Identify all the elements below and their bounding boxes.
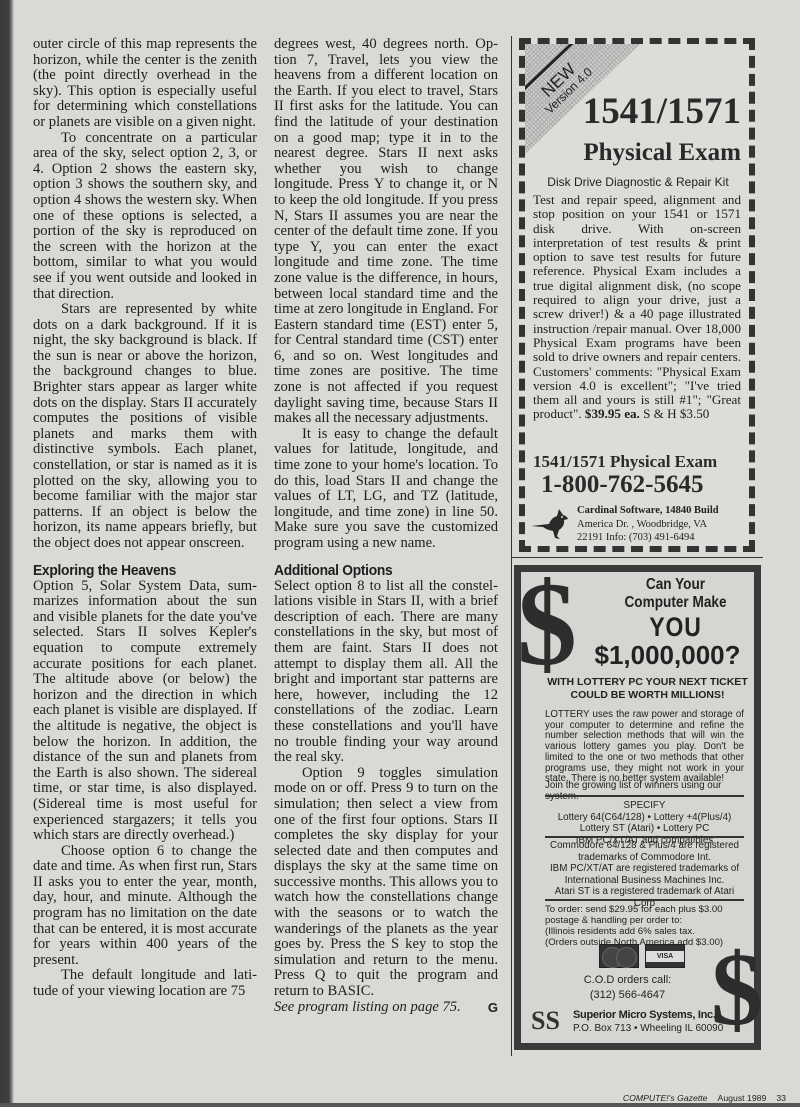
trademark-line: Commodore 64/128 & Plus/4 are registered bbox=[545, 840, 744, 852]
address-line: 22191 Info: (703) 491-6494 bbox=[577, 531, 719, 545]
cod-phone: (312) 566-4647 bbox=[561, 988, 694, 1003]
listing-reference: See program listing on page 75. bbox=[274, 1000, 461, 1016]
article-paragraph: The default longitude and lati­tude of y… bbox=[33, 968, 257, 999]
ad-body: LOTTERY uses the raw power and storage o… bbox=[545, 710, 744, 785]
specify-label: SPECIFY bbox=[545, 800, 744, 812]
section-heading-exploring: Exploring the Heavens bbox=[33, 562, 239, 579]
ad-subtitle: Physical Exam bbox=[525, 139, 741, 167]
sms-logo-icon: SS bbox=[531, 1006, 569, 1040]
article-column-1: outer circle of this map represents the … bbox=[33, 37, 257, 1000]
mastercard-logo-icon bbox=[599, 944, 639, 968]
cardinal-bird-icon bbox=[529, 504, 573, 542]
divider bbox=[545, 795, 744, 797]
company-name: Superior Micro Systems, Inc. bbox=[573, 1009, 723, 1022]
issue-date: August 1989 bbox=[718, 1093, 767, 1103]
article-paragraph: Select option 8 to list all the constel­… bbox=[274, 579, 498, 766]
trademark-line: IBM PC/XT/AT are registered trademarks o… bbox=[545, 863, 744, 875]
ad-price: $39.95 ea. bbox=[585, 406, 640, 421]
article-paragraph: Option 9 toggles simulation mode on or o… bbox=[274, 766, 498, 1000]
ad-headline: Can Your bbox=[612, 576, 739, 594]
article-paragraph: Choose option 6 to change the date and t… bbox=[33, 844, 257, 969]
ad-address: Cardinal Software, 14840 Build America D… bbox=[577, 504, 719, 545]
company-name: Cardinal Software, 14840 Build bbox=[577, 504, 719, 518]
cod-info: C.O.D orders call: (312) 566-4647 bbox=[561, 973, 694, 1003]
ad-headline: YOU bbox=[612, 612, 739, 643]
ad-title: 1541/1571 bbox=[525, 92, 741, 132]
tagline-line: WITH LOTTERY PC YOUR NEXT TICKET bbox=[541, 676, 754, 689]
ad-shipping: S & H $3.50 bbox=[643, 406, 709, 421]
ad-amount: $1,000,000? bbox=[581, 640, 754, 671]
magazine-name: COMPUTE!'s Gazette bbox=[623, 1093, 708, 1103]
divider bbox=[545, 899, 744, 901]
ad-body-text: Test and repair speed, alignment and sto… bbox=[533, 192, 741, 421]
version-item: Lottery 64(C64/128) • Lottery +4(Plus/4) bbox=[545, 812, 744, 824]
ad-tagline: Disk Drive Diagnostic & Repair Kit bbox=[533, 175, 743, 189]
ad-lottery-pc: $ $ Can Your Computer Make YOU $1,000,00… bbox=[514, 565, 761, 1050]
column-divider bbox=[511, 36, 512, 1056]
trademark-line: International Business Machines Inc. bbox=[545, 875, 744, 887]
order-instructions: To order: send $29.95 for each plus $3.0… bbox=[545, 904, 744, 948]
program-listing-note: See program listing on page 75. G bbox=[274, 1000, 498, 1016]
article-column-2: degrees west, 40 degrees north. Op­tion … bbox=[274, 37, 498, 1015]
ad-product-line: 1541/1571 Physical Exam bbox=[533, 452, 717, 472]
cod-label: C.O.D orders call: bbox=[561, 973, 694, 988]
divider bbox=[545, 836, 744, 838]
ad-headline: Computer Make bbox=[612, 594, 739, 612]
ad-body: Test and repair speed, alignment and sto… bbox=[533, 193, 741, 422]
ad-phone-number: 1-800-762-5645 bbox=[541, 471, 703, 499]
order-tax-note: (Illinois residents add 6% sales tax. bbox=[545, 926, 744, 937]
article-paragraph: degrees west, 40 degrees north. Op­tion … bbox=[274, 37, 498, 427]
page-binding-edge bbox=[0, 0, 14, 1107]
payment-cards: VISA bbox=[599, 944, 685, 968]
order-text: To order: send $29.95 for each plus $3.0… bbox=[545, 904, 744, 926]
trademark-line: trademarks of Commodore Int. bbox=[545, 852, 744, 864]
company-address: P.O. Box 713 • Wheeling IL 60090 bbox=[573, 1022, 723, 1035]
tagline-line: COULD BE WORTH MILLIONS! bbox=[541, 689, 754, 702]
ad-join-line: Join the growing list of winners using o… bbox=[545, 780, 744, 802]
visa-logo-icon: VISA bbox=[645, 944, 685, 968]
article-paragraph: To concentrate on a particular area of t… bbox=[33, 131, 257, 303]
trademark-notice: Commodore 64/128 & Plus/4 are registered… bbox=[545, 840, 744, 886]
address-line: America Dr. , Woodbridge, VA bbox=[577, 518, 719, 532]
ad-physical-exam: NEW Version 4.0 1541/1571 Physical Exam … bbox=[519, 38, 755, 552]
page-number: 33 bbox=[776, 1093, 786, 1103]
ad-tagline: WITH LOTTERY PC YOUR NEXT TICKET COULD B… bbox=[541, 676, 754, 702]
article-paragraph: It is easy to change the default values … bbox=[274, 427, 498, 552]
dollar-sign-ornament-icon: $ bbox=[517, 564, 577, 684]
page-footer: COMPUTE!'s Gazette August 1989 33 bbox=[586, 1093, 786, 1103]
version-item: Lottery ST (Atari) • Lottery PC bbox=[545, 823, 744, 835]
page-bottom-edge bbox=[0, 1103, 800, 1107]
end-of-article-mark: G bbox=[488, 1000, 498, 1016]
section-heading-additional: Additional Options bbox=[274, 562, 480, 579]
article-paragraph: Stars are represented by white dots on a… bbox=[33, 302, 257, 552]
article-paragraph: Option 5, Solar System Data, sum­marizes… bbox=[33, 579, 257, 844]
article-paragraph: outer circle of this map represents the … bbox=[33, 37, 257, 131]
company-info: Superior Micro Systems, Inc. P.O. Box 71… bbox=[573, 1009, 723, 1035]
